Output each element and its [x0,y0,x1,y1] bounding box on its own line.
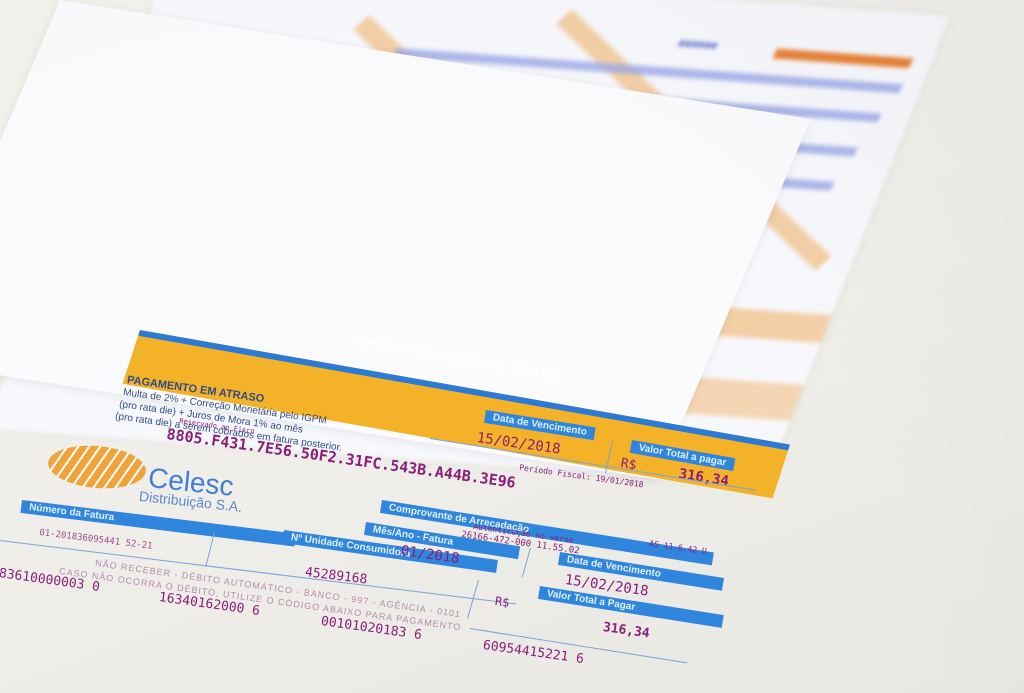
invoice-number-value: 01-201836095441 52-21 [39,528,153,552]
divider [522,548,531,577]
photo-scene: ■■■■■■ IMPORTANTE: REAVISO DE DÉBITO PAG… [0,0,1024,693]
consumer-unit-value: 45289168 [304,565,368,588]
barcode-group-4: 60954415221 6 [482,638,585,667]
debit-notice-line-2: CASO NÃO OCORRA O DÉBITO, UTILIZE O CÓDI… [59,566,462,632]
celesc-logo-icon [46,442,147,492]
divider [205,532,215,567]
receipt-total-value: 316,34 [602,620,651,641]
receipt-currency: R$ [494,594,510,610]
